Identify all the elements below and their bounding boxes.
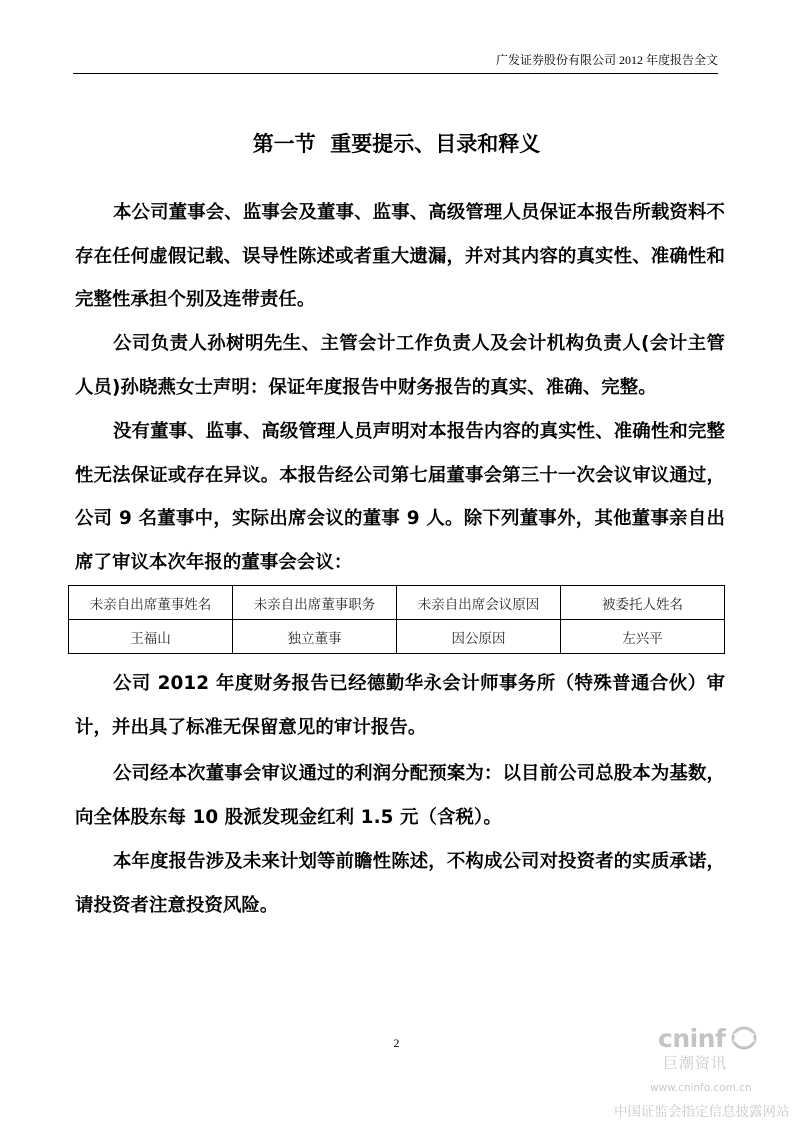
watermark-brand-cn: 巨潮资讯 — [663, 1052, 727, 1073]
table-header-row: 未亲自出席董事姓名 未亲自出席董事职务 未亲自出席会议原因 被委托人姓名 — [69, 586, 725, 620]
watermark-url: www.cninfo.com.cn — [650, 1082, 752, 1094]
header-rule — [73, 73, 718, 74]
paragraph-dividend-plan: 公司经本次董事会审议通过的利润分配预案为：以目前公司总股本为基数，向全体股东每 … — [75, 752, 725, 839]
column-header: 未亲自出席董事职务 — [233, 586, 397, 620]
watermark-logo-text: cninf — [658, 1024, 725, 1053]
watermark-slogan: 中国证监会指定信息披露网站 — [614, 1100, 790, 1120]
table-cell: 因公原因 — [397, 620, 561, 654]
cninfo-watermark: cninf 巨潮资讯 www.cninfo.com.cn 中国证监会指定信息披露… — [608, 1020, 793, 1122]
column-header: 未亲自出席会议原因 — [397, 586, 561, 620]
paragraph-forward-looking-risk: 本年度报告涉及未来计划等前瞻性陈述，不构成公司对投资者的实质承诺，请投资者注意投… — [75, 840, 725, 927]
table-cell: 独立董事 — [233, 620, 397, 654]
paragraph-board-attendance: 没有董事、监事、高级管理人员声明对本报告内容的真实性、准确性和完整性无法保证或存… — [75, 410, 725, 584]
section-title: 第一节 重要提示、目录和释义 — [0, 130, 793, 158]
cninfo-swirl-icon — [731, 1026, 757, 1050]
paragraph-responsibility-statement: 本公司董事会、监事会及董事、监事、高级管理人员保证本报告所载资料不存在任何虚假记… — [75, 191, 725, 322]
table-row: 王福山 独立董事 因公原因 左兴平 — [69, 620, 725, 654]
table-cell: 王福山 — [69, 620, 233, 654]
paragraph-audit-opinion: 公司 2012 年度财务报告已经德勤华永会计师事务所（特殊普通合伙）审计，并出具… — [75, 662, 725, 749]
absent-directors-table: 未亲自出席董事姓名 未亲自出席董事职务 未亲自出席会议原因 被委托人姓名 王福山… — [68, 585, 725, 654]
table-cell: 左兴平 — [561, 620, 725, 654]
column-header: 未亲自出席董事姓名 — [69, 586, 233, 620]
running-header: 广发证券股份有限公司 2012 年度报告全文 — [73, 52, 718, 68]
paragraph-officer-declaration: 公司负责人孙树明先生、主管会计工作负责人及会计机构负责人(会计主管人员)孙晓燕女… — [75, 322, 725, 409]
column-header: 被委托人姓名 — [561, 586, 725, 620]
